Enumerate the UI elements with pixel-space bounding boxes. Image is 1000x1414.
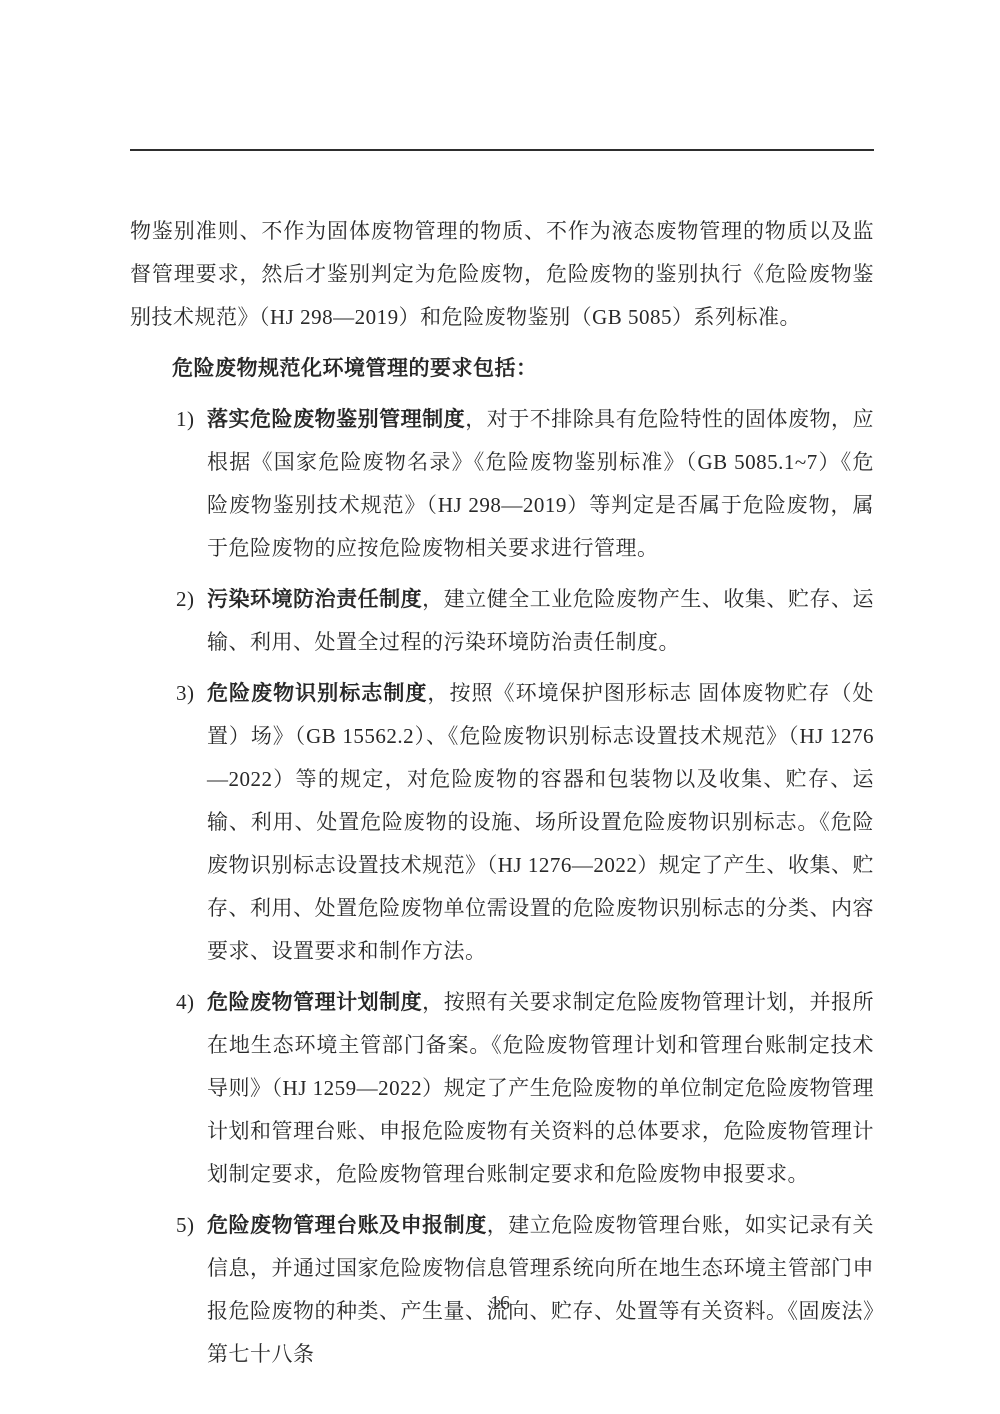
item-number: 5): [176, 1204, 195, 1247]
header-rule: [130, 149, 874, 151]
item-body: ，按照有关要求制定危险废物管理计划，并报所在地生态环境主管部门备案。《危险废物管…: [207, 990, 874, 1186]
page-number: 16: [0, 1292, 1000, 1315]
item-lead: 落实危险废物鉴别管理制度: [207, 407, 465, 431]
item-lead: 危险废物识别标志制度: [207, 681, 427, 705]
list-item-3: 3) 危险废物识别标志制度，按照《环境保护图形标志 固体废物贮存（处置）场》（G…: [130, 672, 874, 973]
item-body: ，按照《环境保护图形标志 固体废物贮存（处置）场》（GB 15562.2）、《危…: [207, 681, 874, 963]
item-number: 2): [176, 578, 195, 621]
item-number: 1): [176, 398, 195, 441]
item-number: 3): [176, 672, 195, 715]
item-lead: 污染环境防治责任制度: [207, 587, 422, 611]
document-page: 物鉴别准则、不作为固体废物管理的物质、不作为液态废物管理的物质以及监督管理要求，…: [0, 0, 1000, 1414]
opening-paragraph: 物鉴别准则、不作为固体废物管理的物质、不作为液态废物管理的物质以及监督管理要求，…: [130, 210, 874, 339]
list-item-4: 4) 危险废物管理计划制度，按照有关要求制定危险废物管理计划，并报所在地生态环境…: [130, 981, 874, 1196]
section-heading: 危险废物规范化环境管理的要求包括：: [130, 347, 874, 390]
item-lead: 危险废物管理台账及申报制度: [207, 1213, 487, 1237]
page-content: 物鉴别准则、不作为固体废物管理的物质、不作为液态废物管理的物质以及监督管理要求，…: [130, 210, 874, 1384]
list-item-1: 1) 落实危险废物鉴别管理制度，对于不排除具有危险特性的固体废物，应根据《国家危…: [130, 398, 874, 570]
list-item-2: 2) 污染环境防治责任制度，建立健全工业危险废物产生、收集、贮存、运输、利用、处…: [130, 578, 874, 664]
item-number: 4): [176, 981, 195, 1024]
list-item-5: 5) 危险废物管理台账及申报制度，建立危险废物管理台账，如实记录有关信息，并通过…: [130, 1204, 874, 1376]
item-lead: 危险废物管理计划制度: [207, 990, 422, 1014]
